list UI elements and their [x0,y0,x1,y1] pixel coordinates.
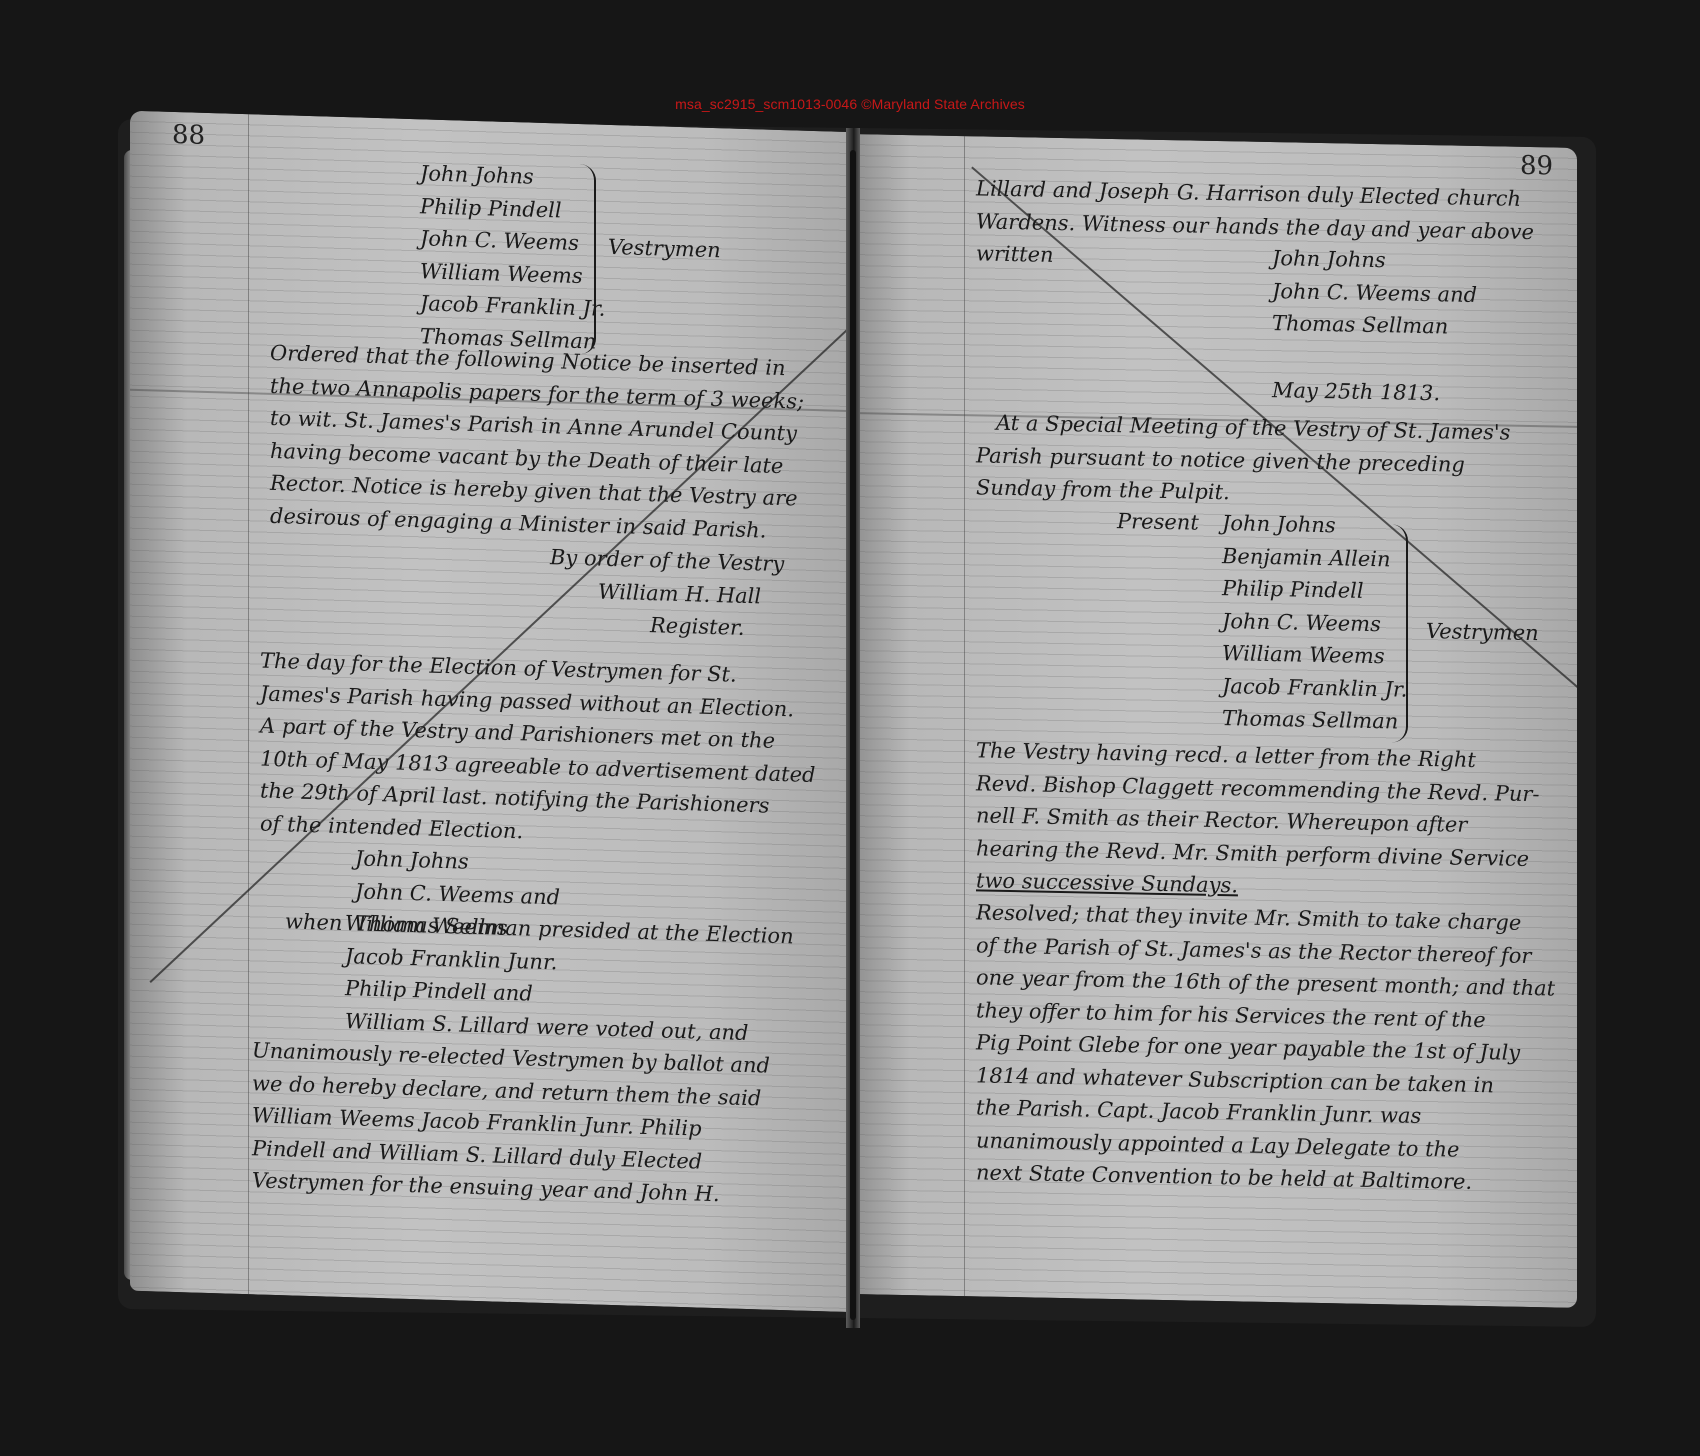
present-name: Jacob Franklin Jr. [1222,670,1407,706]
witness-list: John Johns John C. Weems and Thomas Sell… [1272,242,1477,343]
witness-name: Thomas Sellman [1272,307,1477,343]
meeting-date: May 25th 1813. [1272,374,1440,410]
election-closing: Unanimously re-elected Vestrymen by ball… [252,1034,770,1212]
present-name: Benjamin Allein [1222,540,1407,576]
present-name: Philip Pindell [1222,572,1407,608]
present-name: John C. Weems [1222,605,1407,641]
letter-paragraph: The Vestry having recd. a letter from th… [976,734,1539,907]
vestry-name: William Weems [420,255,605,293]
present-list: John Johns Benjamin Allein Philip Pindel… [1222,507,1407,738]
present-name: Thomas Sellman [1222,702,1407,738]
present-name: William Weems [1222,637,1407,673]
vestry-name-list: John Johns Philip Pindell John C. Weems … [420,157,605,357]
vestry-brace [580,164,596,354]
vestry-name: Philip Pindell [420,190,605,228]
present-brace [1392,524,1408,742]
vestrymen-label: Vestrymen [1426,619,1539,645]
vestry-name: John C. Weems [420,222,605,260]
archive-watermark: msa_sc2915_scm1013-0046 ©Maryland State … [0,96,1700,112]
margin-rule [964,136,965,1296]
meeting-paragraph: At a Special Meeting of the Vestry of St… [976,406,1510,514]
binding-stitch [850,150,856,1320]
notice-signature: By order of the Vestry William H. Hall R… [550,541,784,645]
election-paragraph: The day for the Election of Vestrymen fo… [260,645,815,856]
vestry-name: Jacob Franklin Jr. [420,287,605,325]
page-number: 89 [1520,151,1553,182]
page-number: 88 [172,120,205,151]
witness-name: John C. Weems and [1272,275,1477,311]
vestrymen-label: Vestrymen [608,235,721,262]
resolved-paragraph: Resolved; that they invite Mr. Smith to … [976,896,1555,1200]
margin-rule [248,114,249,1294]
witness-name: John Johns [1272,242,1477,278]
present-label: Present [1117,505,1199,539]
left-page: 88 John Johns Philip Pindell John C. Wee… [130,111,848,1312]
voted-list: William Weems Jacob Franklin Junr. Phili… [345,907,748,1049]
when-label: when [285,905,342,939]
right-page: 89 Lillard and Joseph G. Harrison duly E… [852,134,1577,1308]
vestry-name: John Johns [420,157,605,195]
present-name: John Johns [1222,507,1407,543]
